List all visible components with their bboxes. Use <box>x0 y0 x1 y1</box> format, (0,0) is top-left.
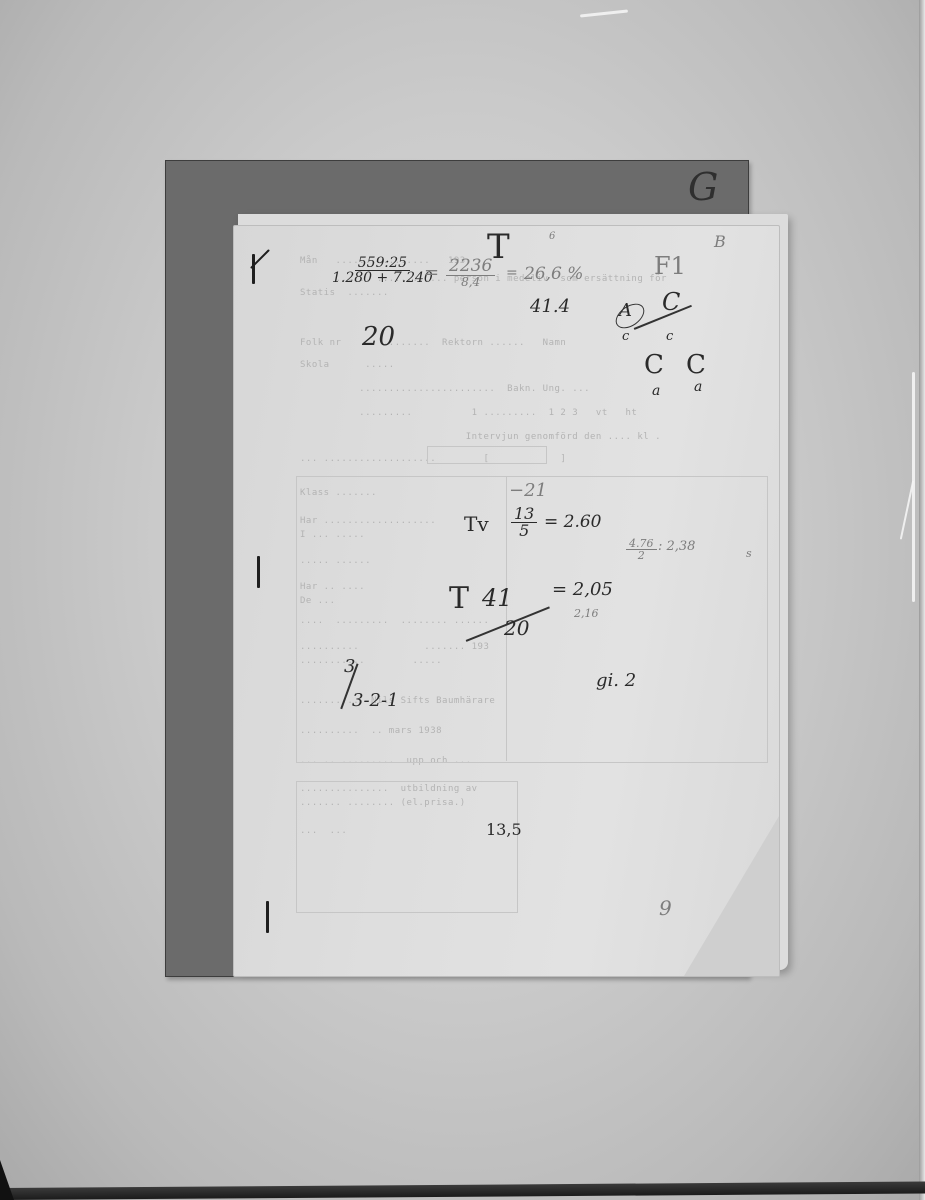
grade-sub-c: c <box>622 330 629 343</box>
side-result: : 2,38 <box>658 540 695 553</box>
percent-26-6: 26,6 % <box>524 266 583 283</box>
document-page: Mån ....... ........ 193 ...... ........… <box>233 225 780 977</box>
formula-2236: 2236 8,4 <box>446 258 495 288</box>
staple <box>257 556 260 588</box>
tv-result: = 2.60 <box>544 514 602 531</box>
formula-559-25: 559:25 1.280 + 7.240 <box>332 256 433 285</box>
grade-sub-c: c <box>666 330 673 343</box>
minus-21: −21 <box>509 482 547 500</box>
value-20: 20 <box>362 324 395 350</box>
gi-2: gi. 2 <box>596 672 636 690</box>
staple <box>266 901 269 933</box>
typed-line: Statis ....... <box>300 288 389 298</box>
form-input-box <box>427 446 547 464</box>
grade-c-row2: C <box>644 352 664 378</box>
film-corner <box>0 1160 14 1200</box>
tv-label: Tv <box>464 514 489 534</box>
form-table-lower <box>296 781 518 913</box>
page-number: 9 <box>659 898 672 918</box>
typed-line: ......... 1 ......... 1 2 3 vt ht <box>300 408 637 418</box>
typed-line: Skola ..... <box>300 360 395 370</box>
t-label: T <box>449 584 469 614</box>
t-denominator: 20 <box>504 618 529 638</box>
page-fold <box>684 816 779 976</box>
staple <box>252 254 255 284</box>
grade-a: A <box>619 302 632 320</box>
page-corner-mark: B <box>714 234 726 250</box>
side-fraction: 4.76 2 <box>626 538 657 561</box>
equals-1: = <box>424 264 439 282</box>
t-result: = 2,05 <box>552 581 613 599</box>
value-41-4: 41.4 <box>530 298 570 316</box>
margin-s: s <box>746 548 752 559</box>
equals-2: = <box>506 266 518 280</box>
typed-line: ....................... Bakn. Ung. ... <box>300 384 590 394</box>
typed-line: Intervjun genomförd den .... kl . <box>300 432 661 442</box>
grade-sub-a: a <box>652 384 660 398</box>
grade-sub-a: a <box>694 380 702 394</box>
typed-line: Folk nr ........ Rektorn ...... Namn <box>300 338 566 348</box>
tv-fraction: 13 5 <box>511 506 537 539</box>
t-numerator: 41 <box>482 586 513 610</box>
grade-c-row2: C <box>686 352 706 378</box>
fraction-3-bottom: 3-2-1 <box>352 692 399 710</box>
value-13-5: 13,5 <box>486 822 522 838</box>
folder-label: G <box>688 165 718 209</box>
t-pencil-result: 2,16 <box>574 608 599 619</box>
film-edge <box>919 0 925 1200</box>
small-6: 6 <box>549 232 555 242</box>
f1-mark: F1 <box>654 254 686 278</box>
